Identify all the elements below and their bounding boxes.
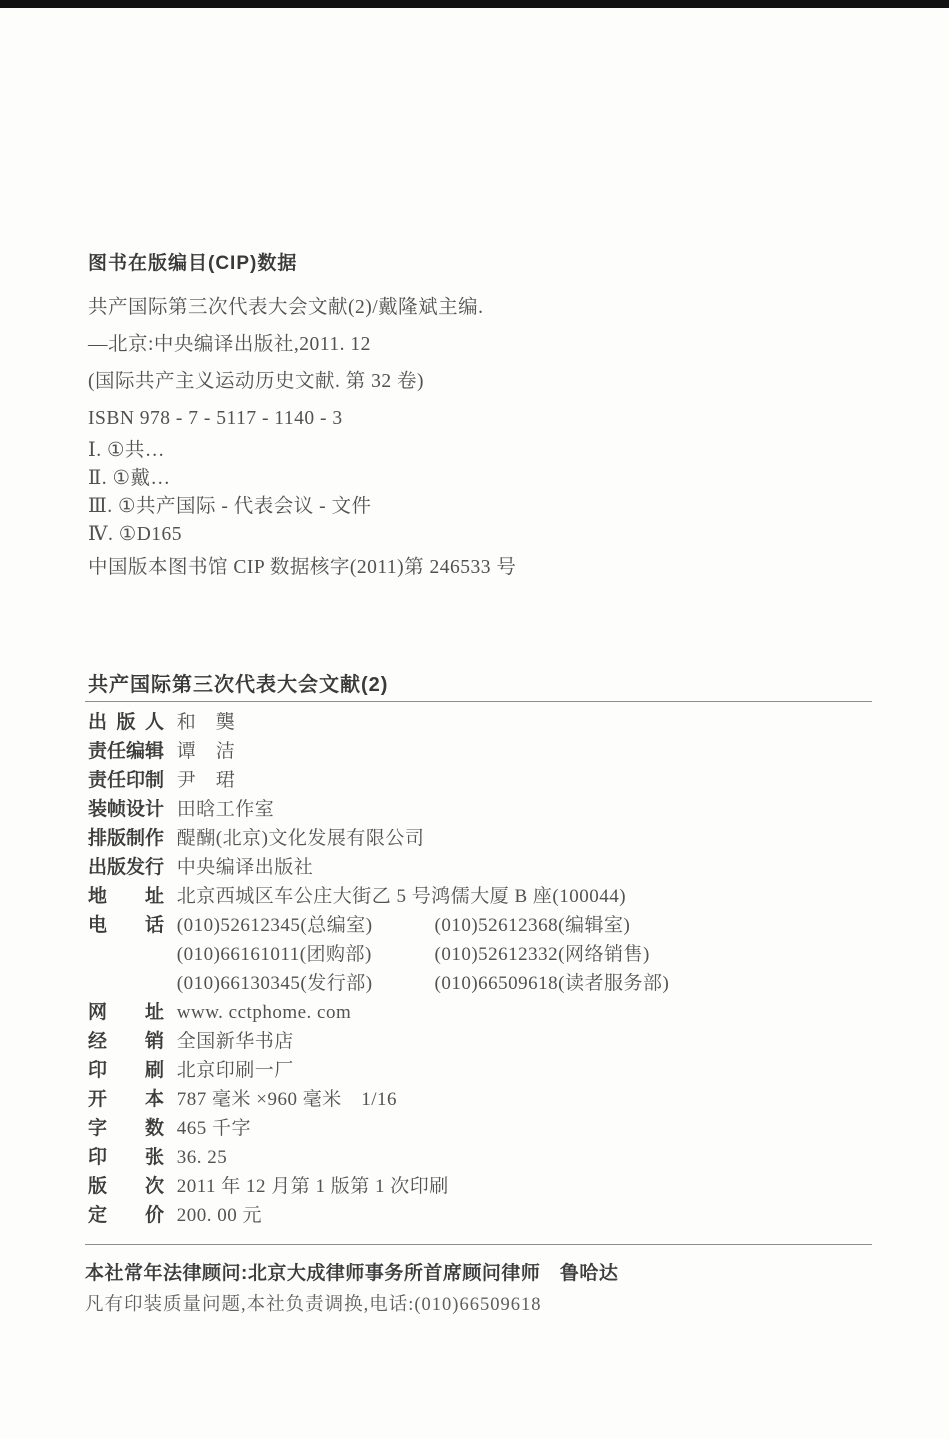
row-publisher: 出版发行 中央编译出版社 xyxy=(88,853,908,882)
row-value: 田晗工作室 xyxy=(177,795,275,824)
row-label: 版次 xyxy=(88,1172,164,1201)
cip-line-registry: 中国版本图书馆 CIP 数据核字(2011)第 246533 号 xyxy=(88,549,788,586)
cip-line-isbn: ISBN 978 - 7 - 5117 - 1140 - 3 xyxy=(88,400,788,437)
website-url: www. cctphome. com xyxy=(177,998,352,1027)
row-value: 36. 25 xyxy=(177,1143,228,1172)
row-value: 465 千字 xyxy=(177,1114,251,1143)
row-value: 和 龑 xyxy=(177,708,236,737)
row-website: 网址 www. cctphome. com xyxy=(88,998,908,1027)
row-value: 醍醐(北京)文化发展有限公司 xyxy=(177,824,425,853)
row-distribution: 经销 全国新华书店 xyxy=(88,1027,908,1056)
row-label: 印张 xyxy=(88,1143,164,1172)
row-format: 开本 787 毫米 ×960 毫米 1/16 xyxy=(88,1085,908,1114)
phone-entry: (010)66130345(发行部) xyxy=(177,969,430,998)
row-phone-1: 电话 (010)52612345(总编室) (010)52612368(编辑室) xyxy=(88,911,908,940)
phone-entry: (010)66509618(读者服务部) xyxy=(435,969,670,998)
row-label: 出版人 xyxy=(88,708,164,737)
row-label: 责任印制 xyxy=(88,766,164,795)
row-value: 尹 珺 xyxy=(177,766,236,795)
row-value: 全国新华书店 xyxy=(177,1027,294,1056)
row-value: 200. 00 元 xyxy=(177,1201,262,1230)
row-label: 字数 xyxy=(88,1114,164,1143)
row-label: 电话 xyxy=(88,911,164,940)
row-price: 定价 200. 00 元 xyxy=(88,1201,908,1230)
row-editor: 责任编辑 谭 洁 xyxy=(88,737,908,766)
phone-entry: (010)52612345(总编室) xyxy=(177,911,430,940)
row-label: 地址 xyxy=(88,882,164,911)
row-address: 地址 北京西城区车公庄大街乙 5 号鸿儒大厦 B 座(100044) xyxy=(88,882,908,911)
row-label: 装帧设计 xyxy=(88,795,164,824)
row-sheets: 印张 36. 25 xyxy=(88,1143,908,1172)
cip-line-class-3: Ⅲ. ①共产国际 - 代表会议 - 文件 xyxy=(88,493,788,521)
phone-entry: (010)66161011(团购部) xyxy=(177,940,430,969)
cip-line-series: (国际共产主义运动历史文献. 第 32 卷) xyxy=(88,363,788,400)
row-label: 责任编辑 xyxy=(88,737,164,766)
row-design: 装帧设计 田晗工作室 xyxy=(88,795,908,824)
row-typesetting: 排版制作 醍醐(北京)文化发展有限公司 xyxy=(88,824,908,853)
row-label: 开本 xyxy=(88,1085,164,1114)
row-edition: 版次 2011 年 12 月第 1 版第 1 次印刷 xyxy=(88,1172,908,1201)
row-label: 出版发行 xyxy=(88,853,164,882)
cip-heading: 图书在版编目(CIP)数据 xyxy=(88,248,788,275)
cip-line-class-2: Ⅱ. ①戴… xyxy=(88,465,788,493)
cip-line-class-4: Ⅳ. ①D165 xyxy=(88,521,788,549)
cip-line-title: 共产国际第三次代表大会文献(2)/戴隆斌主编. xyxy=(88,289,788,326)
row-phone-3: (010)66130345(发行部) (010)66509618(读者服务部) xyxy=(88,969,908,998)
footer-divider-rule xyxy=(85,1244,872,1245)
row-label: 定价 xyxy=(88,1201,164,1230)
row-value: 中央编译出版社 xyxy=(177,853,314,882)
quality-notice-line: 凡有印装质量问题,本社负责调换,电话:(010)66509618 xyxy=(85,1290,541,1316)
book-title: 共产国际第三次代表大会文献(2) xyxy=(88,668,388,697)
row-value: 北京西城区车公庄大街乙 5 号鸿儒大厦 B 座(100044) xyxy=(177,882,626,911)
row-label: 经销 xyxy=(88,1027,164,1056)
row-label: 排版制作 xyxy=(88,824,164,853)
phone-entry: (010)52612332(网络销售) xyxy=(435,940,650,969)
scan-top-edge-bar xyxy=(0,0,949,8)
row-value: 787 毫米 ×960 毫米 1/16 xyxy=(177,1085,397,1114)
copyright-page: 图书在版编目(CIP)数据 共产国际第三次代表大会文献(2)/戴隆斌主编. —北… xyxy=(0,0,949,1439)
phone-entry: (010)52612368(编辑室) xyxy=(435,911,631,940)
row-value: 北京印刷一厂 xyxy=(177,1056,294,1085)
cip-line-publisher: —北京:中央编译出版社,2011. 12 xyxy=(88,326,788,363)
row-print-supervisor: 责任印制 尹 珺 xyxy=(88,766,908,795)
row-printer: 印刷 北京印刷一厂 xyxy=(88,1056,908,1085)
row-label: 网址 xyxy=(88,998,164,1027)
row-phone-2: (010)66161011(团购部) (010)52612332(网络销售) xyxy=(88,940,908,969)
legal-counsel-line: 本社常年法律顾问:北京大成律师事务所首席顾问律师 鲁哈达 xyxy=(85,1258,618,1285)
row-value: 2011 年 12 月第 1 版第 1 次印刷 xyxy=(177,1172,449,1201)
row-value: 谭 洁 xyxy=(177,737,236,766)
row-publisher-person: 出版人 和 龑 xyxy=(88,708,908,737)
title-divider-rule xyxy=(85,701,872,702)
cip-block: 图书在版编目(CIP)数据 共产国际第三次代表大会文献(2)/戴隆斌主编. —北… xyxy=(88,248,788,586)
row-word-count: 字数 465 千字 xyxy=(88,1114,908,1143)
cip-line-class-1: Ⅰ. ①共… xyxy=(88,437,788,465)
colophon-table: 出版人 和 龑 责任编辑 谭 洁 责任印制 尹 珺 装帧设计 田晗工作室 排版制… xyxy=(88,708,908,1230)
row-label: 印刷 xyxy=(88,1056,164,1085)
